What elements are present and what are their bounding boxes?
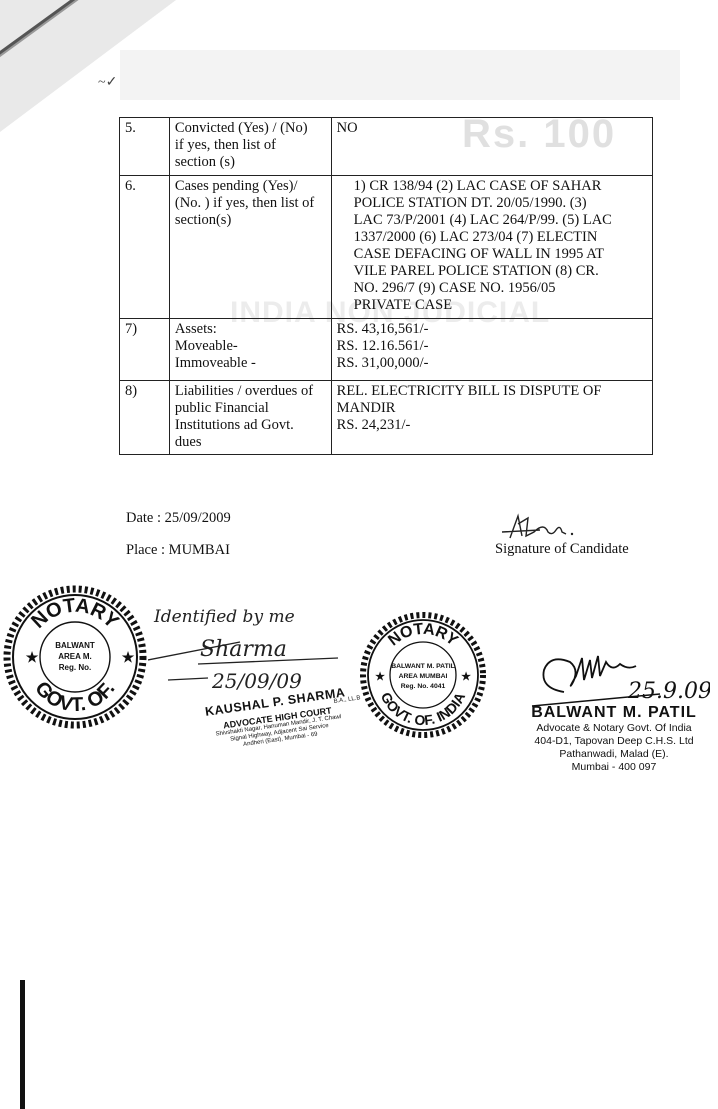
row-value-line: NO. 296/7 (9) CASE NO. 1956/05 — [354, 280, 647, 297]
notary-details: BALWANT M. PATIL Advocate & Notary Govt.… — [514, 704, 714, 774]
svg-text:AREA M.: AREA M. — [58, 652, 91, 661]
row-value-line: CASE DEFACING OF WALL IN 1995 AT — [354, 246, 647, 263]
svg-text:★: ★ — [375, 671, 385, 683]
row-value-line: RS. 31,00,000/- — [337, 355, 647, 372]
svg-text:★: ★ — [26, 649, 39, 665]
candidate-signature-scrawl — [500, 512, 580, 542]
notary-name: BALWANT M. PATIL — [514, 704, 714, 722]
page-corner-fold — [0, 0, 176, 132]
row-label-line: public Financial — [175, 400, 326, 417]
row-value-line: RS. 24,231/- — [337, 417, 647, 434]
svg-text:Reg. No. 4041: Reg. No. 4041 — [401, 683, 446, 690]
svg-text:Sharma: Sharma — [200, 637, 287, 662]
row-label: Assets:Moveable-Immoveable - — [169, 319, 331, 381]
table-row: 8) Liabilities / overdues ofpublic Finan… — [120, 381, 653, 455]
row-label-line: Assets: — [175, 321, 326, 338]
row-value-line: MANDIR — [337, 400, 647, 417]
svg-text:★: ★ — [122, 649, 135, 665]
stamp-paper-header-band — [120, 50, 680, 100]
row-number: 8) — [120, 381, 170, 455]
row-label-line: Cases pending (Yes)/ — [175, 178, 326, 195]
row-value: REL. ELECTRICITY BILL IS DISPUTE OFMANDI… — [331, 381, 652, 455]
row-value-line: VILE PAREL POLICE STATION (8) CR. — [354, 263, 647, 280]
svg-text:NOTARY: NOTARY — [385, 621, 461, 650]
row-label-line: if yes, then list of — [175, 137, 326, 154]
notary-line-1: Advocate & Notary Govt. Of India — [514, 722, 714, 735]
notary-signature: 25.9.09 — [530, 648, 710, 710]
row-label-line: Institutions ad Govt. — [175, 417, 326, 434]
table-row: 7) Assets:Moveable-Immoveable - RS. 43,1… — [120, 319, 653, 381]
row-label: Liabilities / overdues ofpublic Financia… — [169, 381, 331, 455]
row-value-line: 1337/2000 (6) LAC 273/04 (7) ELECTIN — [354, 229, 647, 246]
svg-text:25.9.09: 25.9.09 — [627, 679, 710, 704]
row-value-line: LAC 73/P/2001 (4) LAC 264/P/99. (5) LAC — [354, 212, 647, 229]
row-value: 1) CR 138/94 (2) LAC CASE OF SAHARPOLICE… — [331, 176, 652, 319]
svg-text:Identified by me: Identified by me — [153, 607, 295, 627]
row-label-line: Convicted (Yes) / (No) — [175, 120, 326, 137]
row-value-line: RS. 12.16.561/- — [337, 338, 647, 355]
row-label-line: dues — [175, 434, 326, 451]
svg-text:BALWANT M. PATIL: BALWANT M. PATIL — [391, 663, 455, 670]
row-value-line: 1) CR 138/94 (2) LAC CASE OF SAHAR — [354, 178, 647, 195]
svg-text:GOVT. OF. INDIA: GOVT. OF. INDIA — [378, 690, 468, 729]
candidate-signature-label: Signature of Candidate — [495, 541, 629, 558]
attestation-handwriting: Identified by me Sharma 25/09/09 — [148, 598, 358, 694]
svg-text:BALWANT: BALWANT — [55, 641, 95, 650]
declaration-date: Date : 25/09/2009 — [126, 510, 231, 527]
left-notary-seal: NOTARY GOVT. OF. BALWANT AREA M. Reg. No… — [0, 582, 150, 737]
svg-text:Reg. No.: Reg. No. — [59, 663, 91, 672]
row-value-line: NO — [337, 120, 647, 137]
row-label: Convicted (Yes) / (No)if yes, then list … — [169, 118, 331, 176]
notary-line-2: 404-D1, Tapovan Deep C.H.S. Ltd — [514, 735, 714, 748]
row-number: 6. — [120, 176, 170, 319]
row-label-line: Moveable- — [175, 338, 326, 355]
row-value: NO — [331, 118, 652, 176]
scan-edge-bar — [20, 980, 25, 1109]
table-row: 5. Convicted (Yes) / (No)if yes, then li… — [120, 118, 653, 176]
row-label-line: Liabilities / overdues of — [175, 383, 326, 400]
row-value-line: PRIVATE CASE — [354, 297, 647, 314]
svg-text:AREA MUMBAI: AREA MUMBAI — [399, 673, 448, 680]
notary-line-3: Pathanwadi, Malad (E). — [514, 748, 714, 761]
row-label-line: section(s) — [175, 212, 326, 229]
row-number: 5. — [120, 118, 170, 176]
notary-line-4: Mumbai - 400 097 — [514, 761, 714, 774]
svg-text:★: ★ — [461, 671, 471, 683]
row-value-line: POLICE STATION DT. 20/05/1990. (3) — [354, 195, 647, 212]
row-label-line: section (s) — [175, 154, 326, 171]
advocate-stamp: KAUSHAL P. SHARMA B.A., LL.B ADVOCATE HI… — [190, 683, 365, 755]
row-number: 7) — [120, 319, 170, 381]
row-label-line: Immoveable - — [175, 355, 326, 372]
center-notary-seal: NOTARY GOVT. OF. INDIA BALWANT M. PATIL … — [358, 610, 488, 745]
row-value-line: RS. 43,16,561/- — [337, 321, 647, 338]
row-value-line: REL. ELECTRICITY BILL IS DISPUTE OF — [337, 383, 647, 400]
table-row: 6. Cases pending (Yes)/(No. ) if yes, th… — [120, 176, 653, 319]
row-value: RS. 43,16,561/-RS. 12.16.561/-RS. 31,00,… — [331, 319, 652, 381]
row-label-line: (No. ) if yes, then list of — [175, 195, 326, 212]
candidate-details-table: 5. Convicted (Yes) / (No)if yes, then li… — [119, 117, 653, 455]
declaration-place: Place : MUMBAI — [126, 542, 230, 559]
corner-tick-mark: ~✓ — [98, 74, 117, 91]
svg-text:25/09/09: 25/09/09 — [211, 669, 302, 693]
row-label: Cases pending (Yes)/(No. ) if yes, then … — [169, 176, 331, 319]
